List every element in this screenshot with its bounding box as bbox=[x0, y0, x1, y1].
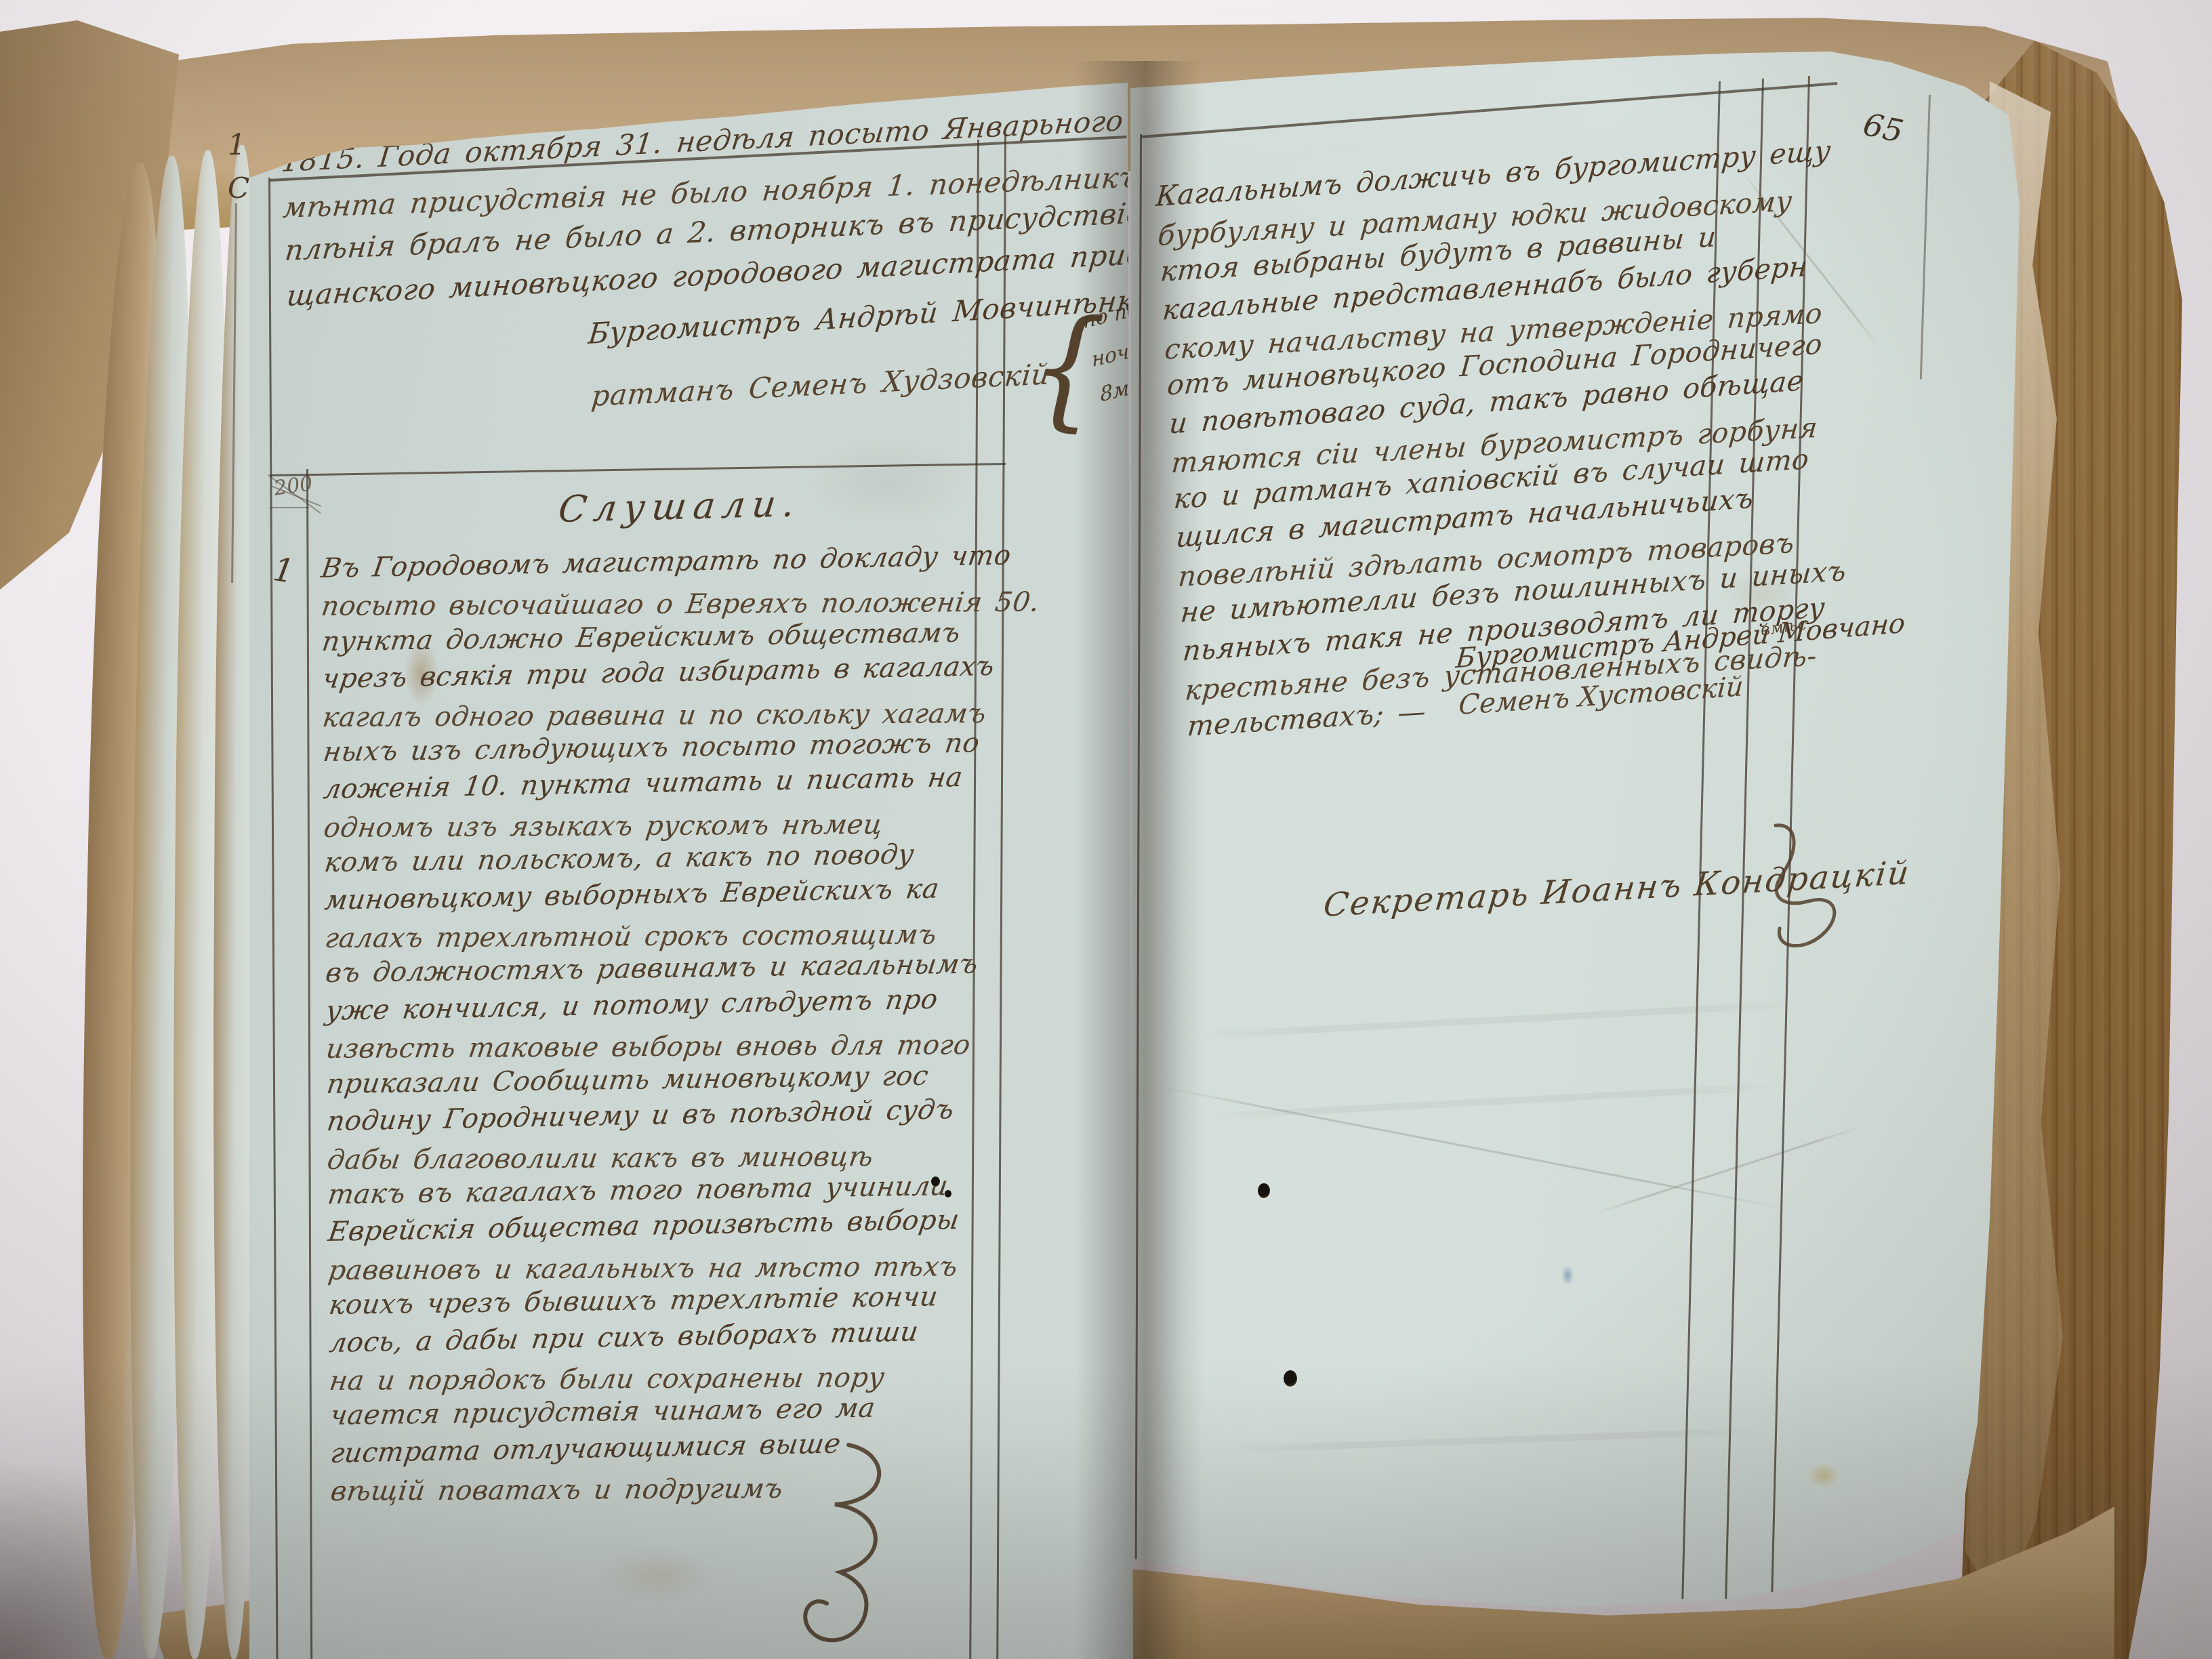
entry-number: 1 bbox=[270, 550, 297, 591]
bleed-through bbox=[1193, 1000, 1802, 1039]
wormhole bbox=[945, 1190, 951, 1197]
bleed-through bbox=[1220, 1427, 1776, 1454]
wormhole bbox=[1258, 1183, 1270, 1198]
stain bbox=[800, 434, 976, 529]
crease bbox=[1593, 1125, 1864, 1215]
left-signature-lines: Бургомистръ Андрѣй Мовчинѣнкоратманъ Сем… bbox=[587, 278, 1080, 425]
page-number: 65 bbox=[1860, 106, 1906, 150]
left-body-lines: Въ Городовомъ магистратѣ по докладу чтоп… bbox=[321, 543, 1016, 1509]
bleed-through bbox=[1206, 1083, 1788, 1120]
section-heading: Слушали. bbox=[556, 482, 804, 531]
margin-column-rule bbox=[306, 469, 312, 1659]
gutter-shadow bbox=[1075, 61, 1204, 1659]
stain bbox=[1561, 1266, 1574, 1285]
photo-canvas: 1С 1815. Года октября 31. недѣля посыто … bbox=[0, 0, 2212, 1659]
handwritten-line: Въ Городовомъ магистратѣ по докладу что bbox=[319, 537, 1009, 588]
pencil-box-bottom-rule bbox=[270, 507, 309, 508]
left-border-rule bbox=[268, 178, 278, 1659]
stain bbox=[1808, 1464, 1839, 1487]
edge-remnant-letter: 1 bbox=[228, 123, 268, 167]
flourish-swirl bbox=[752, 1437, 915, 1659]
wormhole bbox=[1284, 1370, 1297, 1387]
header-frame-top-rule bbox=[1141, 82, 1837, 138]
corner-edge-rule bbox=[1920, 95, 1931, 380]
wormhole bbox=[931, 1176, 940, 1187]
stain bbox=[596, 1545, 718, 1606]
signature-flourish bbox=[1735, 821, 1870, 970]
